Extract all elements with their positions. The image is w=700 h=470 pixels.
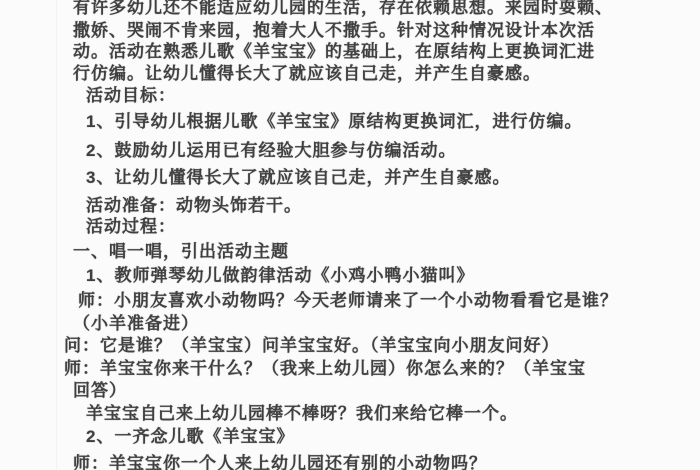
text-line: 师：小朋友喜欢小动物吗？今天老师请来了一个小动物看看它是谁？ <box>78 289 618 312</box>
scan-artifact-line <box>56 0 57 470</box>
text-line: 1、引导幼儿根据儿歌《羊宝宝》原结构更换词汇，进行仿编。 <box>86 110 582 133</box>
text-line: 2、鼓励幼儿运用已有经验大胆参与仿编活动。 <box>86 139 456 162</box>
section-heading: 活动目标： <box>86 84 176 107</box>
section-heading: 活动准备：动物头饰若干。 <box>86 194 302 217</box>
text-line: 羊宝宝自己来上幼儿园棒不棒呀？我们来给它棒一个。 <box>86 402 518 425</box>
text-line: 撒娇、哭闹不肯来园，抱着大人不撒手。针对这种情况设计本次活 <box>73 19 595 42</box>
text-line: 动。活动在熟悉儿歌《羊宝宝》的基础上，在原结构上更换词汇进 <box>73 40 595 63</box>
text-line: 师：羊宝宝你一个人来上幼儿园还有别的小动物吗？ <box>73 452 487 470</box>
section-heading: 活动过程： <box>86 215 176 238</box>
text-line: 2、一齐念儿歌《羊宝宝》 <box>86 425 294 448</box>
text-line: 一、唱一唱，引出活动主题 <box>73 240 289 263</box>
text-line: 回答） <box>73 379 127 402</box>
text-line: 师：羊宝宝你来干什么？（我来上幼儿园）你怎么来的？（羊宝宝 <box>64 357 586 380</box>
document-page: 有许多幼儿还不能适应幼儿园的生活，存在依赖思想。来园时耍赖、 撒娇、哭闹不肯来园… <box>0 0 700 470</box>
text-line: 行仿编。让幼儿懂得长大了就应该自己走，并产生自豪感。 <box>73 62 541 85</box>
text-line: 1、教师弹琴幼儿做韵律活动《小鸡小鸭小猫叫》 <box>86 264 474 287</box>
text-line: （小羊准备进） <box>73 312 199 335</box>
text-line: 问：它是谁？（羊宝宝）问羊宝宝好。（羊宝宝向小朋友问好） <box>64 334 560 357</box>
text-line: 3、让幼儿懂得长大了就应该自己走，并产生自豪感。 <box>86 166 510 189</box>
text-line: 有许多幼儿还不能适应幼儿园的生活，存在依赖思想。来园时耍赖、 <box>73 0 613 19</box>
